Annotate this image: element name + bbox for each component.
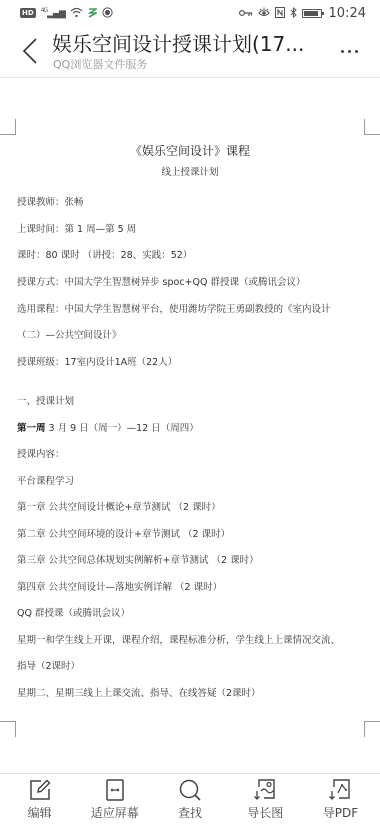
bottom-toolbar: 编辑 适应屏幕 查找 导长图 导PDF bbox=[0, 773, 380, 824]
more-dot-icon bbox=[341, 50, 344, 53]
search-icon bbox=[178, 778, 202, 802]
app-notification-icon bbox=[88, 7, 97, 20]
wifi-icon bbox=[70, 7, 83, 20]
fit-screen-label: 适应屏幕 bbox=[91, 805, 139, 821]
status-right: 10:24 bbox=[239, 6, 366, 21]
app-header: 娱乐空间设计授课计划(17... QQ浏览器文件服务 bbox=[0, 26, 380, 78]
fit-screen-button[interactable]: 适应屏幕 bbox=[77, 774, 152, 821]
doc-line-section-heading: 一、授课计划 bbox=[17, 395, 74, 408]
doc-line-week-one: 第一周 3 月 9 日（周一）—12 日（周四） bbox=[17, 422, 199, 435]
status-left: HD 4G▂▄▆ bbox=[20, 7, 113, 20]
document-title: 《娱乐空间设计》课程 bbox=[0, 142, 380, 159]
hd-icon: HD bbox=[20, 8, 36, 18]
doc-line-tue-wed: 星期二、星期三线上上课交流、指导、在线答疑（2课时） bbox=[17, 687, 261, 700]
doc-line-monday-cont: 指导（2课时） bbox=[17, 660, 80, 673]
export-image-icon bbox=[253, 778, 277, 802]
network-label: 4G bbox=[41, 7, 47, 14]
doc-line-content-label: 授课内容： bbox=[17, 448, 65, 461]
page-margin-mark-top-left bbox=[0, 119, 16, 135]
week-label: 第一周 bbox=[17, 423, 46, 434]
battery-icon bbox=[302, 9, 322, 18]
export-long-image-button[interactable]: 导长图 bbox=[228, 774, 303, 821]
edit-icon bbox=[28, 778, 52, 802]
edit-button[interactable]: 编辑 bbox=[2, 774, 77, 821]
doc-line-chapter-4: 第四章 公共空间设计—落地实例详解 （2 课时） bbox=[17, 581, 222, 594]
key-icon bbox=[239, 8, 253, 19]
clock: 10:24 bbox=[329, 6, 366, 21]
nfc-icon bbox=[275, 7, 285, 20]
edit-label: 编辑 bbox=[28, 805, 52, 821]
export-pdf-button[interactable]: 导PDF bbox=[303, 774, 378, 821]
doc-line-chapter-1: 第一章 公共空间设计概论+章节测试 （2 课时） bbox=[17, 501, 221, 514]
record-icon bbox=[102, 7, 113, 20]
doc-line-chapter-2: 第二章 公共空间环境的设计+章节测试 （2 课时） bbox=[17, 528, 230, 541]
export-pdf-icon bbox=[328, 778, 352, 802]
doc-line-monday: 星期一和学生线上开课，课程介绍，课程标准分析，学生线上上课情况交流、 bbox=[17, 634, 340, 647]
bluetooth-icon bbox=[290, 7, 297, 20]
page-margin-mark-bottom-right bbox=[364, 721, 380, 737]
export-long-image-label: 导长图 bbox=[247, 805, 283, 821]
page-subtitle: QQ浏览器文件服务 bbox=[53, 58, 147, 72]
more-dot-icon bbox=[355, 50, 358, 53]
doc-line-hours: 课时：80 课时 （讲授：28、实践：52） bbox=[17, 249, 192, 262]
export-pdf-label: 导PDF bbox=[323, 805, 358, 821]
eye-icon bbox=[258, 7, 270, 20]
doc-line-class: 授课班级：17室内设计1A班（22人） bbox=[17, 356, 177, 369]
doc-line-qq-class: QQ 群授课（或腾讯会议） bbox=[17, 607, 130, 620]
signal-icon: 4G▂▄▆ bbox=[41, 7, 65, 19]
page-title: 娱乐空间设计授课计划(17... bbox=[52, 30, 312, 58]
more-dot-icon bbox=[348, 50, 351, 53]
screen: HD 4G▂▄▆ 1 bbox=[0, 0, 380, 824]
doc-line-teacher: 授课教师：张畅 bbox=[17, 196, 84, 209]
doc-line-method: 授课方式：中国大学生智慧树异步 spoc+QQ 群授课（或腾讯会议） bbox=[17, 276, 305, 289]
page-margin-mark-top-right bbox=[364, 119, 380, 135]
search-button[interactable]: 查找 bbox=[152, 774, 227, 821]
doc-line-chapter-3: 第三章 公共空间总体规划实例解析+章节测试 （2 课时） bbox=[17, 554, 259, 567]
search-label: 查找 bbox=[178, 805, 202, 821]
doc-line-platform: 平台课程学习 bbox=[17, 475, 74, 488]
back-button[interactable] bbox=[18, 36, 42, 66]
document-viewer[interactable]: 《娱乐空间设计》课程 线上授课计划 授课教师：张畅 上课时间：第 1 周—第 5… bbox=[0, 79, 380, 773]
document-subtitle: 线上授课计划 bbox=[0, 164, 380, 178]
status-bar: HD 4G▂▄▆ 1 bbox=[0, 0, 380, 26]
doc-line-schedule: 上课时间：第 1 周—第 5 周 bbox=[17, 223, 136, 236]
chevron-left-icon bbox=[22, 37, 38, 65]
doc-line-course: 选用课程：中国大学生智慧树平台，使用潍坊学院王勇副教授的《室内设计 bbox=[17, 303, 331, 316]
week-dates: 3 月 9 日（周一）—12 日（周四） bbox=[46, 423, 199, 434]
page-margin-mark-bottom-left bbox=[0, 721, 16, 737]
fit-screen-icon bbox=[103, 778, 127, 802]
more-options-button[interactable] bbox=[334, 40, 364, 62]
doc-line-course-cont: （二）—公共空间设计》 bbox=[17, 329, 122, 342]
